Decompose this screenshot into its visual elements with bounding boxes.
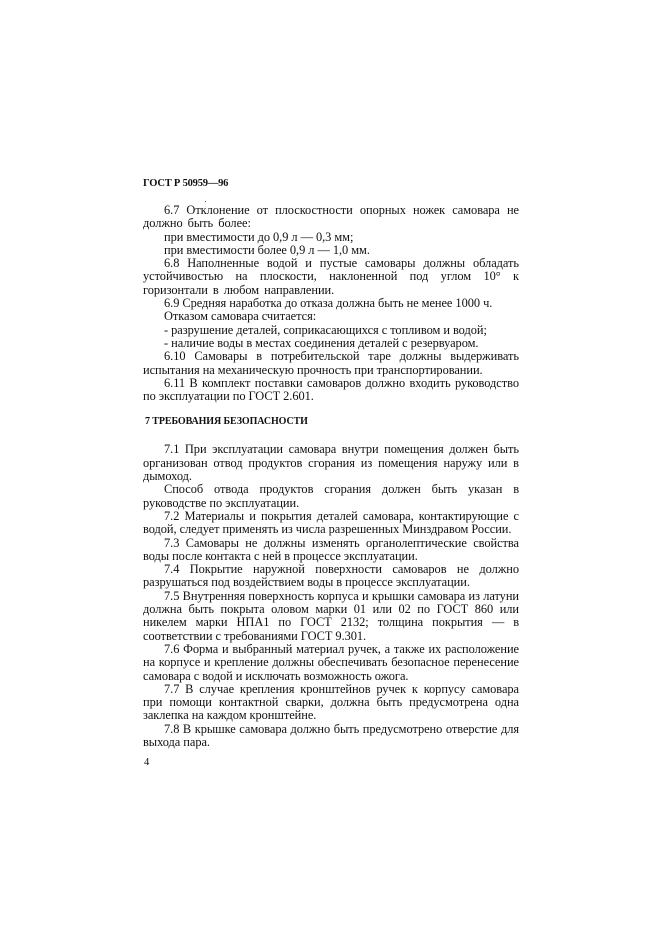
document-page: ГОСТ Р 50959—96 6.7 Отклонение от плоско…: [143, 178, 519, 769]
paragraph-7-1-method: Способ отвода продуктов сгорания должен …: [143, 483, 519, 510]
paragraph-6-9-failure-1: - разрушение деталей, соприкасающихся с …: [143, 324, 519, 337]
paragraph-7-2: 7.2 Материалы и покрытия деталей самовар…: [143, 510, 519, 537]
paragraph-7-5: 7.5 Внутренняя поверхность корпуса и кры…: [143, 590, 519, 643]
page-number: 4: [143, 757, 519, 769]
paragraph-6-9-failure-intro: Отказом самовара считается:: [143, 310, 519, 323]
scan-artifact-dot: [205, 201, 206, 202]
paragraph-7-8: 7.8 В крышке самовара должно быть предус…: [143, 723, 519, 750]
paragraph-6-11: 6.11 В комплект поставки самоваров должн…: [143, 377, 519, 404]
paragraph-6-8: 6.8 Наполненные водой и пустые самовары …: [143, 257, 519, 297]
paragraph-7-1: 7.1 При эксплуатации самовара внутри пом…: [143, 443, 519, 483]
document-header: ГОСТ Р 50959—96: [143, 178, 519, 190]
paragraph-6-9: 6.9 Средняя наработка до отказа должна б…: [143, 297, 519, 310]
paragraph-6-7: 6.7 Отклонение от плоскостности опорных …: [143, 204, 519, 231]
paragraph-7-7: 7.7 В случае крепления кронштейнов ручек…: [143, 683, 519, 723]
paragraph-7-3: 7.3 Самовары не должны изменять органоле…: [143, 537, 519, 564]
section-7-title: 7 ТРЕБОВАНИЯ БЕЗОПАСНОСТИ: [143, 416, 519, 428]
paragraph-6-7-item-2: при вместимости более 0,9 л — 1,0 мм.: [143, 244, 519, 257]
paragraph-6-9-failure-2: - наличие воды в местах соединения детал…: [143, 337, 519, 350]
paragraph-6-7-item-1: при вместимости до 0,9 л — 0,3 мм;: [143, 231, 519, 244]
paragraph-6-10: 6.10 Самовары в потребительской таре дол…: [143, 350, 519, 377]
paragraph-7-4: 7.4 Покрытие наружной поверхности самова…: [143, 563, 519, 590]
paragraph-7-6: 7.6 Форма и выбранный материал ручек, а …: [143, 643, 519, 683]
